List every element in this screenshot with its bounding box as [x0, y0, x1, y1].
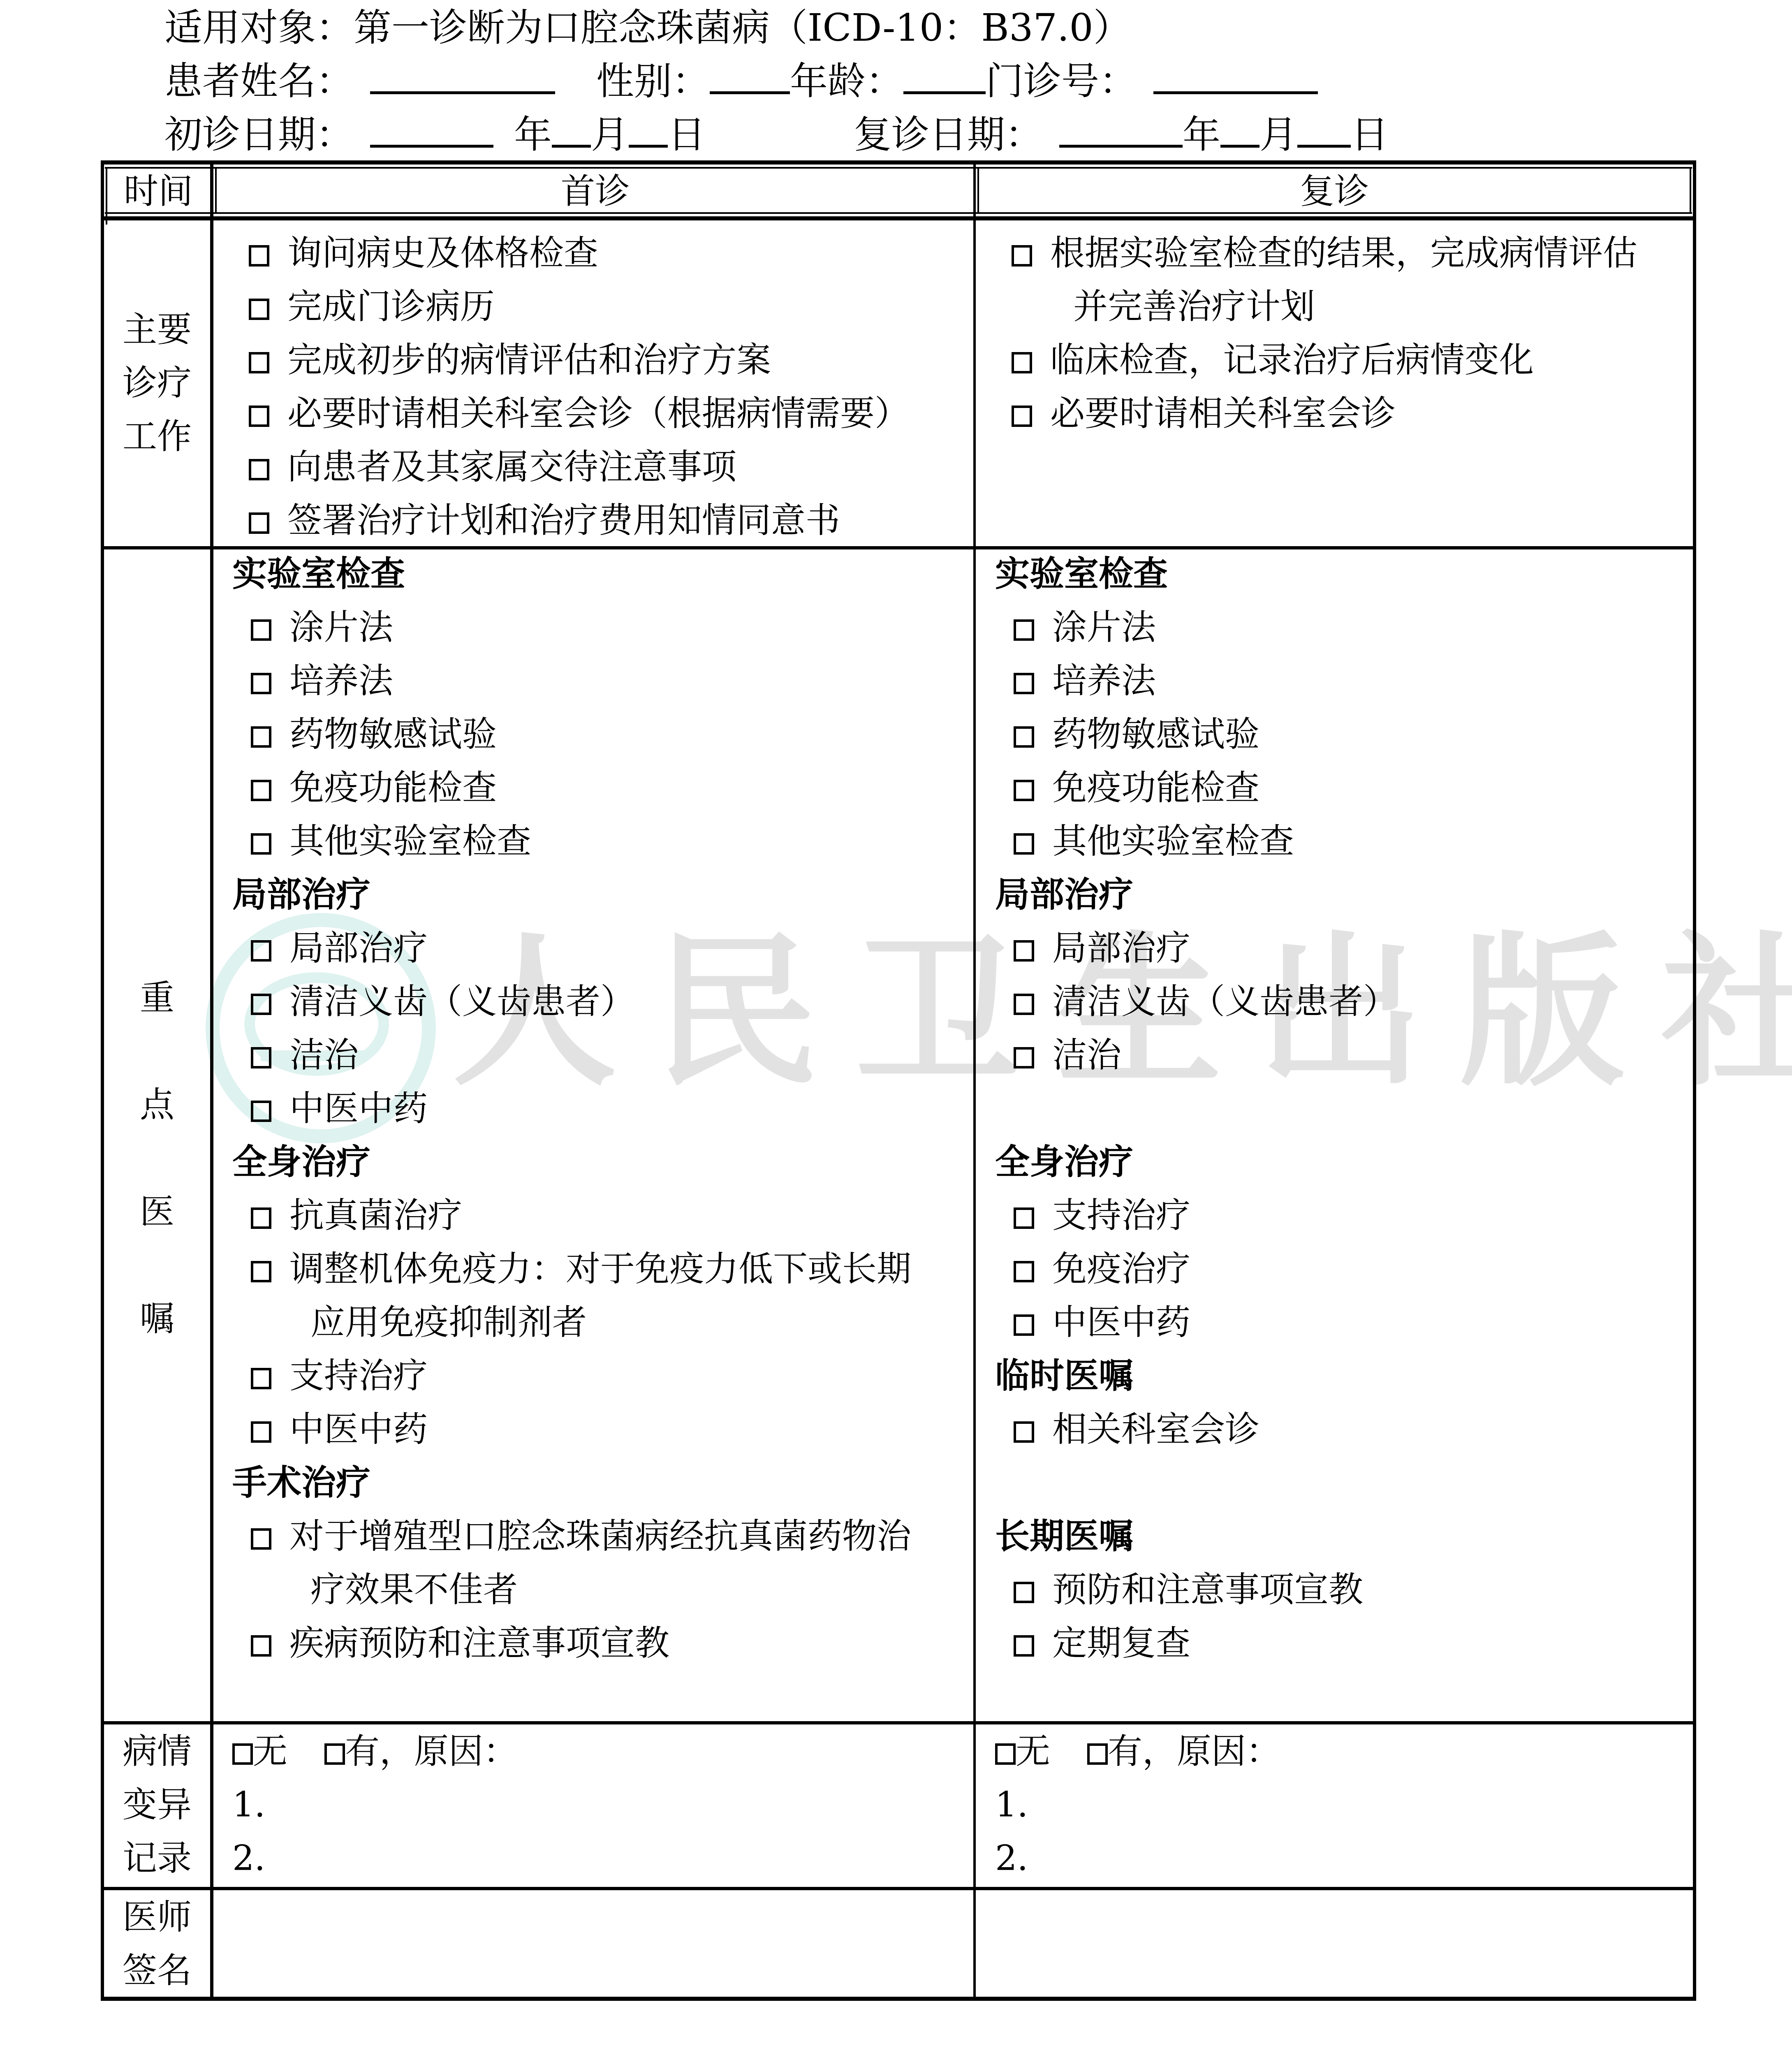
gender-label: 性别：	[596, 59, 710, 103]
section-title-systemic: 全身治疗	[995, 1135, 1690, 1189]
checklist-item[interactable]: 向患者及其家属交待注意事项	[249, 440, 972, 494]
column-header-time: 时间	[105, 169, 212, 214]
checklist-item[interactable]: 涂片法	[232, 600, 972, 654]
checkbox-yes[interactable]	[1087, 1743, 1108, 1765]
row-label-variance: 病情 变异 记录	[104, 1724, 210, 1887]
checkbox-icon[interactable]	[249, 459, 269, 480]
checklist-item[interactable]: 其他实验室检查	[232, 814, 972, 868]
applicable-line: 适用对象：第一诊断为口腔念珠菌病（ICD-10：B37.0）	[164, 3, 1131, 53]
checklist-item[interactable]: 临床检查，记录治疗后病情变化	[1012, 333, 1690, 387]
first-visit-year-field[interactable]	[370, 110, 493, 148]
checkbox-icon[interactable]	[1014, 1314, 1034, 1336]
main-work-first-list: 询问病史及体格检查 完成门诊病历 完成初步的病情评估和治疗方案 必要时请相关科室…	[249, 226, 972, 547]
section-title-local: 局部治疗	[232, 868, 972, 921]
checkbox-icon[interactable]	[1014, 1207, 1034, 1229]
checkbox-icon[interactable]	[249, 512, 269, 534]
checkbox-icon[interactable]	[251, 1047, 271, 1068]
row-label-main-work: 主要 诊疗 工作	[104, 220, 210, 546]
column-header-first-visit: 首诊	[216, 169, 975, 214]
first-visit-day-field[interactable]	[629, 110, 668, 148]
day-label: 日	[668, 113, 706, 157]
checklist-item[interactable]: 预防和注意事项宣教	[995, 1563, 1690, 1616]
section-title-surgery: 手术治疗	[232, 1456, 972, 1509]
checklist-item[interactable]: 中医中药	[995, 1295, 1690, 1349]
checklist-item[interactable]: 其他实验室检查	[995, 814, 1690, 868]
table-border	[101, 1997, 1696, 2001]
checkbox-icon[interactable]	[249, 299, 269, 320]
main-work-revisit-list: 根据实验室检查的结果，完成病情评估 并完善治疗计划 临床检查，记录治疗后病情变化…	[1012, 226, 1690, 440]
checklist-item[interactable]: 调整机体免疫力：对于免疫力低下或长期	[232, 1242, 972, 1295]
visit-date-line: 初诊日期：年月日复诊日期：年月日	[164, 110, 1389, 160]
checkbox-none[interactable]	[995, 1743, 1016, 1765]
checkbox-icon[interactable]	[251, 1635, 271, 1657]
section-title-systemic: 全身治疗	[232, 1135, 972, 1189]
table-border	[101, 160, 1696, 165]
checklist-item[interactable]: 必要时请相关科室会诊	[1012, 387, 1690, 440]
variance-choice: 无有，原因：	[995, 1724, 1690, 1778]
checklist-item[interactable]: 药物敏感试验	[995, 707, 1690, 761]
checklist-item[interactable]: 对于增殖型口腔念珠菌病经抗真菌药物治	[232, 1509, 972, 1563]
checkbox-icon[interactable]	[251, 1421, 271, 1443]
patient-name-field[interactable]	[370, 57, 555, 94]
checklist-item[interactable]: 疾病预防和注意事项宣教	[232, 1616, 972, 1670]
checkbox-icon[interactable]	[1014, 940, 1034, 962]
checklist-item[interactable]: 药物敏感试验	[232, 707, 972, 761]
checklist-item[interactable]: 定期复查	[995, 1616, 1690, 1670]
year-label: 年	[1183, 113, 1220, 157]
variance-revisit: 无有，原因： 1. 2.	[995, 1724, 1690, 1885]
checkbox-icon[interactable]	[1014, 726, 1034, 748]
checkbox-icon[interactable]	[1014, 1047, 1034, 1068]
checklist-item[interactable]: 局部治疗	[995, 921, 1690, 975]
checklist-item-continuation: 疗效果不佳者	[232, 1563, 972, 1616]
checklist-item[interactable]: 完成门诊病历	[249, 280, 972, 333]
clinic-no-field[interactable]	[1153, 57, 1318, 94]
checklist-item[interactable]: 必要时请相关科室会诊（根据病情需要）	[249, 387, 972, 440]
checkbox-icon[interactable]	[251, 1528, 271, 1550]
table-border	[210, 160, 213, 2001]
key-orders-revisit-list: 实验室检查 涂片法 培养法 药物敏感试验 免疫功能检查 其他实验室检查 局部治疗…	[995, 547, 1690, 1670]
section-title-local: 局部治疗	[995, 868, 1690, 921]
table-border	[1693, 160, 1696, 2001]
first-visit-label: 初诊日期：	[164, 113, 354, 157]
checkbox-icon[interactable]	[1014, 619, 1034, 641]
checkbox-icon[interactable]	[1012, 245, 1032, 267]
checkbox-icon[interactable]	[1012, 352, 1032, 373]
checklist-item[interactable]: 支持治疗	[232, 1349, 972, 1402]
checklist-item[interactable]: 涂片法	[995, 600, 1690, 654]
checkbox-icon[interactable]	[1014, 1635, 1034, 1657]
checklist-item[interactable]: 清洁义齿（义齿患者）	[232, 975, 972, 1028]
checklist-item[interactable]: 洁治	[232, 1028, 972, 1082]
clinical-pathway-table: 时间 首诊 复诊 主要 诊疗 工作 询问病史及体格检查 完成门诊病历 完成初步的…	[101, 160, 1696, 2001]
spacer	[995, 1456, 1690, 1509]
variance-reason-1[interactable]: 1.	[232, 1778, 968, 1831]
checklist-item[interactable]: 培养法	[232, 654, 972, 707]
checklist-item[interactable]: 局部治疗	[232, 921, 972, 975]
checklist-item[interactable]: 免疫功能检查	[232, 761, 972, 814]
applicable-label: 适用对象：	[164, 6, 354, 50]
checklist-item[interactable]: 签署治疗计划和治疗费用知情同意书	[249, 494, 972, 547]
checkbox-icon[interactable]	[251, 833, 271, 855]
table-border	[101, 1721, 1696, 1724]
checklist-item[interactable]: 清洁义齿（义齿患者）	[995, 975, 1690, 1028]
table-border	[973, 160, 976, 2001]
checkbox-yes[interactable]	[324, 1743, 345, 1765]
checklist-item[interactable]: 询问病史及体格检查	[249, 226, 972, 280]
revisit-label: 复诊日期：	[854, 113, 1043, 157]
clinic-no-label: 门诊号：	[986, 59, 1137, 103]
first-visit-month-field[interactable]	[552, 110, 591, 148]
variance-reason-2[interactable]: 2.	[232, 1831, 968, 1885]
checklist-item[interactable]: 相关科室会诊	[995, 1402, 1690, 1456]
checkbox-icon[interactable]	[251, 780, 271, 801]
checkbox-icon[interactable]	[1014, 833, 1034, 855]
signature-revisit-field[interactable]	[976, 1890, 1693, 1997]
checkbox-icon[interactable]	[251, 1207, 271, 1229]
checklist-item[interactable]: 培养法	[995, 654, 1690, 707]
revisit-year-field[interactable]	[1059, 110, 1183, 148]
checklist-item[interactable]: 免疫治疗	[995, 1242, 1690, 1295]
checkbox-icon[interactable]	[251, 994, 271, 1015]
revisit-month-field[interactable]	[1220, 110, 1259, 148]
signature-first-field[interactable]	[213, 1890, 973, 1997]
revisit-day-field[interactable]	[1297, 110, 1351, 148]
checkbox-icon[interactable]	[251, 619, 271, 641]
checklist-item[interactable]: 根据实验室检查的结果，完成病情评估	[1012, 226, 1690, 280]
checkbox-icon[interactable]	[251, 1368, 271, 1389]
day-label: 日	[1351, 113, 1389, 157]
age-field[interactable]	[903, 57, 986, 94]
checklist-item[interactable]: 免疫功能检查	[995, 761, 1690, 814]
patient-name-label: 患者姓名：	[164, 59, 354, 103]
section-title-lab: 实验室检查	[995, 547, 1690, 600]
checklist-item[interactable]: 中医中药	[232, 1082, 972, 1135]
checkbox-icon[interactable]	[249, 352, 269, 373]
checkbox-icon[interactable]	[249, 406, 269, 427]
section-title-long-term-orders: 长期医嘱	[995, 1509, 1690, 1563]
checklist-item[interactable]: 中医中药	[232, 1402, 972, 1456]
checklist-item[interactable]: 洁治	[995, 1028, 1690, 1082]
checklist-item-continuation: 应用免疫抑制剂者	[232, 1295, 972, 1349]
table-border	[101, 1887, 1696, 1890]
checklist-item[interactable]: 抗真菌治疗	[232, 1189, 972, 1242]
table-border	[101, 160, 104, 2001]
checkbox-icon[interactable]	[1014, 1261, 1034, 1282]
checkbox-icon[interactable]	[1014, 1421, 1034, 1443]
month-label: 月	[1259, 113, 1297, 157]
spacer	[995, 1082, 1690, 1135]
checkbox-icon[interactable]	[1014, 994, 1034, 1015]
patient-info-line: 患者姓名：性别：年龄：门诊号：	[164, 57, 1318, 106]
applicable-value: 第一诊断为口腔念珠菌病（ICD-10：B37.0）	[354, 6, 1131, 50]
checkbox-icon[interactable]	[251, 673, 271, 694]
checklist-item-continuation: 并完善治疗计划	[1012, 280, 1690, 333]
age-label: 年龄：	[790, 59, 903, 103]
checkbox-icon[interactable]	[251, 1261, 271, 1282]
checkbox-icon[interactable]	[1014, 780, 1034, 801]
checkbox-none[interactable]	[232, 1743, 253, 1765]
checklist-item[interactable]: 完成初步的病情评估和治疗方案	[249, 333, 972, 387]
table-border	[101, 216, 1696, 220]
checkbox-icon[interactable]	[251, 1101, 271, 1122]
checkbox-icon[interactable]	[249, 245, 269, 267]
checkbox-icon[interactable]	[1012, 406, 1032, 427]
row-label-signature: 医师 签名	[104, 1890, 210, 1997]
row-label-key-orders: 重 点 医 嘱	[104, 549, 210, 1721]
variance-reason-2[interactable]: 2.	[995, 1831, 1690, 1885]
variance-first: 无有，原因： 1. 2.	[232, 1724, 968, 1885]
checkbox-icon[interactable]	[1014, 673, 1034, 694]
variance-choice: 无有，原因：	[232, 1724, 968, 1778]
checkbox-icon[interactable]	[251, 726, 271, 748]
section-title-lab: 实验室检查	[232, 547, 972, 600]
column-header-revisit: 复诊	[979, 169, 1690, 214]
variance-reason-1[interactable]: 1.	[995, 1778, 1690, 1831]
gender-field[interactable]	[710, 57, 790, 94]
checkbox-icon[interactable]	[1014, 1582, 1034, 1603]
month-label: 月	[591, 113, 629, 157]
year-label: 年	[514, 113, 552, 157]
checkbox-icon[interactable]	[251, 940, 271, 962]
section-title-temporary-orders: 临时医嘱	[995, 1349, 1690, 1402]
checklist-item[interactable]: 支持治疗	[995, 1189, 1690, 1242]
key-orders-first-list: 实验室检查 涂片法 培养法 药物敏感试验 免疫功能检查 其他实验室检查 局部治疗…	[232, 547, 972, 1670]
